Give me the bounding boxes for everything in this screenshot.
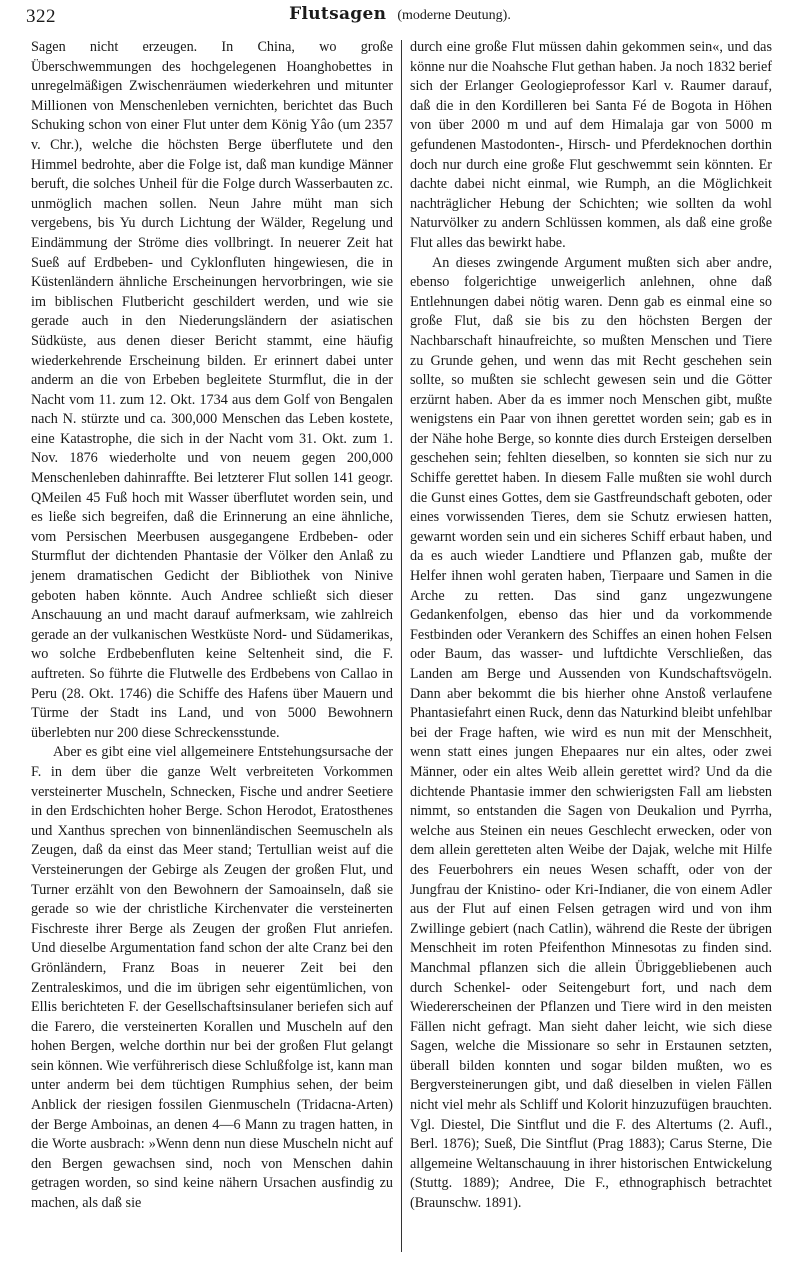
paragraph: An dieses zwingende Argument mußten sich… xyxy=(410,254,772,1214)
paragraph: durch eine große Flut müssen dahin gekom… xyxy=(410,38,772,254)
running-title-subtitle: (moderne Deutung). xyxy=(397,8,511,23)
paragraph: Aber es gibt eine viel allgemeinere Ents… xyxy=(31,743,393,1213)
right-column: durch eine große Flut müssen dahin gekom… xyxy=(410,38,772,1214)
running-title-main: Flutsagen xyxy=(289,4,386,24)
paragraph: Sagen nicht erzeugen. In China, wo große… xyxy=(31,38,393,743)
column-divider xyxy=(401,40,402,1252)
left-column: Sagen nicht erzeugen. In China, wo große… xyxy=(31,38,393,1214)
page-header: 322 Flutsagen (moderne Deutung). xyxy=(0,0,800,30)
running-title: Flutsagen (moderne Deutung). xyxy=(0,4,800,24)
